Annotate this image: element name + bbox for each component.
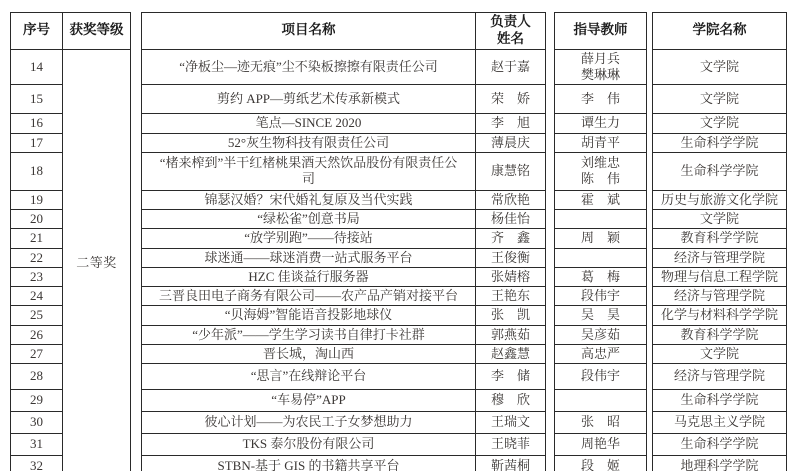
column-gap (546, 190, 555, 209)
column-gap (131, 229, 142, 248)
cell-project: “贝海姆”智能语音投影地球仪 (142, 306, 476, 325)
cell-num: 29 (11, 390, 63, 412)
cell-project: “放学别跑”——待接站 (142, 229, 476, 248)
cell-teacher: 谭生力 (555, 114, 647, 133)
column-gap (131, 248, 142, 267)
column-gap (546, 114, 555, 133)
cell-college: 经济与管理学院 (653, 287, 787, 306)
cell-num: 28 (11, 364, 63, 390)
column-gap (131, 364, 142, 390)
cell-college: 马克思主义学院 (653, 412, 787, 434)
column-gap (131, 133, 142, 152)
cell-teacher: 段伟宇 (555, 364, 647, 390)
cell-num: 19 (11, 190, 63, 209)
cell-num: 15 (11, 85, 63, 114)
cell-num: 31 (11, 434, 63, 456)
col-header-award: 获奖等级 (63, 13, 131, 50)
document-page: 序号 获奖等级 项目名称 负责人 姓名 指导教师 学院名称 14 二等奖 “净板… (0, 0, 793, 471)
cell-leader: 穆 欣 (476, 390, 546, 412)
cell-leader: 赵于嘉 (476, 49, 546, 85)
column-gap (546, 325, 555, 344)
cell-teacher: 刘维忠 陈 伟 (555, 152, 647, 190)
cell-college: 文学院 (653, 210, 787, 229)
cell-num: 25 (11, 306, 63, 325)
column-gap (131, 287, 142, 306)
cell-teacher: 高忠严 (555, 344, 647, 363)
column-gap (546, 49, 555, 85)
cell-teacher: 胡青平 (555, 133, 647, 152)
column-gap (546, 152, 555, 190)
cell-teacher: 段伟宇 (555, 287, 647, 306)
cell-college: 历史与旅游文化学院 (653, 190, 787, 209)
cell-num: 23 (11, 267, 63, 286)
cell-college: 文学院 (653, 114, 787, 133)
column-gap (131, 85, 142, 114)
column-gap (131, 325, 142, 344)
cell-college: 教育科学学院 (653, 325, 787, 344)
cell-project: 52°灰生物科技有限责任公司 (142, 133, 476, 152)
column-gap (131, 190, 142, 209)
award-table: 序号 获奖等级 项目名称 负责人 姓名 指导教师 学院名称 14 二等奖 “净板… (10, 12, 787, 471)
cell-num: 26 (11, 325, 63, 344)
cell-college: 化学与材料科学学院 (653, 306, 787, 325)
column-gap (546, 390, 555, 412)
col-header-college: 学院名称 (653, 13, 787, 50)
column-gap (546, 85, 555, 114)
column-gap (546, 229, 555, 248)
col-header-teacher: 指导教师 (555, 13, 647, 50)
cell-project: 三晋良田电子商务有限公司——农产品产销对接平台 (142, 287, 476, 306)
cell-teacher: 周艳华 (555, 434, 647, 456)
column-gap (131, 210, 142, 229)
cell-teacher: 薛月兵 樊琳琳 (555, 49, 647, 85)
column-gap (546, 13, 555, 50)
cell-teacher (555, 248, 647, 267)
cell-project: HZC 佳谈益行服务器 (142, 267, 476, 286)
cell-college: 物理与信息工程学院 (653, 267, 787, 286)
cell-college: 地理科学学院 (653, 456, 787, 471)
col-header-project: 项目名称 (142, 13, 476, 50)
cell-project: “净板尘—迹无痕”尘不染板擦擦有限责任公司 (142, 49, 476, 85)
cell-project: 晋长城，淘山西 (142, 344, 476, 363)
cell-project: 彼心计划——为农民工子女梦想助力 (142, 412, 476, 434)
cell-award-level: 二等奖 (63, 49, 131, 471)
column-gap (131, 114, 142, 133)
cell-num: 20 (11, 210, 63, 229)
cell-leader: 薄晨庆 (476, 133, 546, 152)
cell-project: STBN-基于 GIS 的书籍共享平台 (142, 456, 476, 471)
cell-college: 生命科学学院 (653, 390, 787, 412)
cell-leader: 王俊衡 (476, 248, 546, 267)
column-gap (546, 133, 555, 152)
cell-project: “车易停”APP (142, 390, 476, 412)
cell-teacher: 葛 梅 (555, 267, 647, 286)
cell-teacher: 吴彦茹 (555, 325, 647, 344)
column-gap (546, 412, 555, 434)
cell-project: “楮来榨到”半干红楮桃果酒天然饮品股份有限责任公司 (142, 152, 476, 190)
cell-leader: 荣 娇 (476, 85, 546, 114)
column-gap (131, 306, 142, 325)
cell-teacher: 吴 昊 (555, 306, 647, 325)
cell-num: 24 (11, 287, 63, 306)
cell-leader: 郭燕茹 (476, 325, 546, 344)
column-gap (131, 390, 142, 412)
column-gap (131, 434, 142, 456)
cell-num: 22 (11, 248, 63, 267)
column-gap (131, 344, 142, 363)
cell-college: 经济与管理学院 (653, 364, 787, 390)
cell-teacher: 段 姬 (555, 456, 647, 471)
cell-num: 21 (11, 229, 63, 248)
cell-project: TKS 泰尔股份有限公司 (142, 434, 476, 456)
column-gap (131, 152, 142, 190)
cell-project: “少年派”——学生学习读书自律打卡社群 (142, 325, 476, 344)
cell-leader: 王瑞文 (476, 412, 546, 434)
cell-college: 经济与管理学院 (653, 248, 787, 267)
cell-num: 32 (11, 456, 63, 471)
cell-leader: 赵鑫慧 (476, 344, 546, 363)
cell-teacher (555, 210, 647, 229)
column-gap (546, 456, 555, 471)
cell-college: 教育科学学院 (653, 229, 787, 248)
cell-leader: 李 旭 (476, 114, 546, 133)
cell-teacher: 霍 斌 (555, 190, 647, 209)
cell-num: 14 (11, 49, 63, 85)
cell-teacher: 周 颖 (555, 229, 647, 248)
cell-teacher: 张 昭 (555, 412, 647, 434)
column-gap (546, 344, 555, 363)
cell-project: “绿松雀”创意书局 (142, 210, 476, 229)
cell-leader: 齐 鑫 (476, 229, 546, 248)
cell-college: 文学院 (653, 49, 787, 85)
cell-project: “思言”在线辩论平台 (142, 364, 476, 390)
cell-num: 18 (11, 152, 63, 190)
col-header-num: 序号 (11, 13, 63, 50)
header-row: 序号 获奖等级 项目名称 负责人 姓名 指导教师 学院名称 (11, 13, 787, 50)
cell-leader: 李 储 (476, 364, 546, 390)
cell-teacher: 李 伟 (555, 85, 647, 114)
column-gap (131, 267, 142, 286)
cell-leader: 康慧铭 (476, 152, 546, 190)
cell-college: 生命科学学院 (653, 434, 787, 456)
cell-college: 文学院 (653, 344, 787, 363)
column-gap (546, 306, 555, 325)
cell-project: 笔点—SINCE 2020 (142, 114, 476, 133)
column-gap (546, 248, 555, 267)
cell-leader: 靳茜桐 (476, 456, 546, 471)
cell-college: 生命科学学院 (653, 152, 787, 190)
cell-college: 文学院 (653, 85, 787, 114)
cell-leader: 杨佳怡 (476, 210, 546, 229)
column-gap (546, 364, 555, 390)
column-gap (546, 434, 555, 456)
cell-leader: 张 凯 (476, 306, 546, 325)
column-gap (131, 412, 142, 434)
column-gap (546, 210, 555, 229)
cell-project: 球迷通——球迷消费一站式服务平台 (142, 248, 476, 267)
cell-teacher (555, 390, 647, 412)
column-gap (131, 13, 142, 50)
table-row: 14 二等奖 “净板尘—迹无痕”尘不染板擦擦有限责任公司 赵于嘉 薛月兵 樊琳琳… (11, 49, 787, 85)
cell-project: 剪约 APP—剪纸艺术传承新模式 (142, 85, 476, 114)
column-gap (131, 456, 142, 471)
cell-leader: 常欣艳 (476, 190, 546, 209)
column-gap (546, 267, 555, 286)
cell-num: 30 (11, 412, 63, 434)
col-header-leader: 负责人 姓名 (476, 13, 546, 50)
cell-project: 锦瑟汉婚？宋代婚礼复原及当代实践 (142, 190, 476, 209)
cell-leader: 王艳东 (476, 287, 546, 306)
cell-leader: 王晓菲 (476, 434, 546, 456)
cell-college: 生命科学学院 (653, 133, 787, 152)
cell-num: 27 (11, 344, 63, 363)
cell-leader: 张婧榕 (476, 267, 546, 286)
column-gap (131, 49, 142, 85)
cell-num: 17 (11, 133, 63, 152)
cell-num: 16 (11, 114, 63, 133)
column-gap (546, 287, 555, 306)
